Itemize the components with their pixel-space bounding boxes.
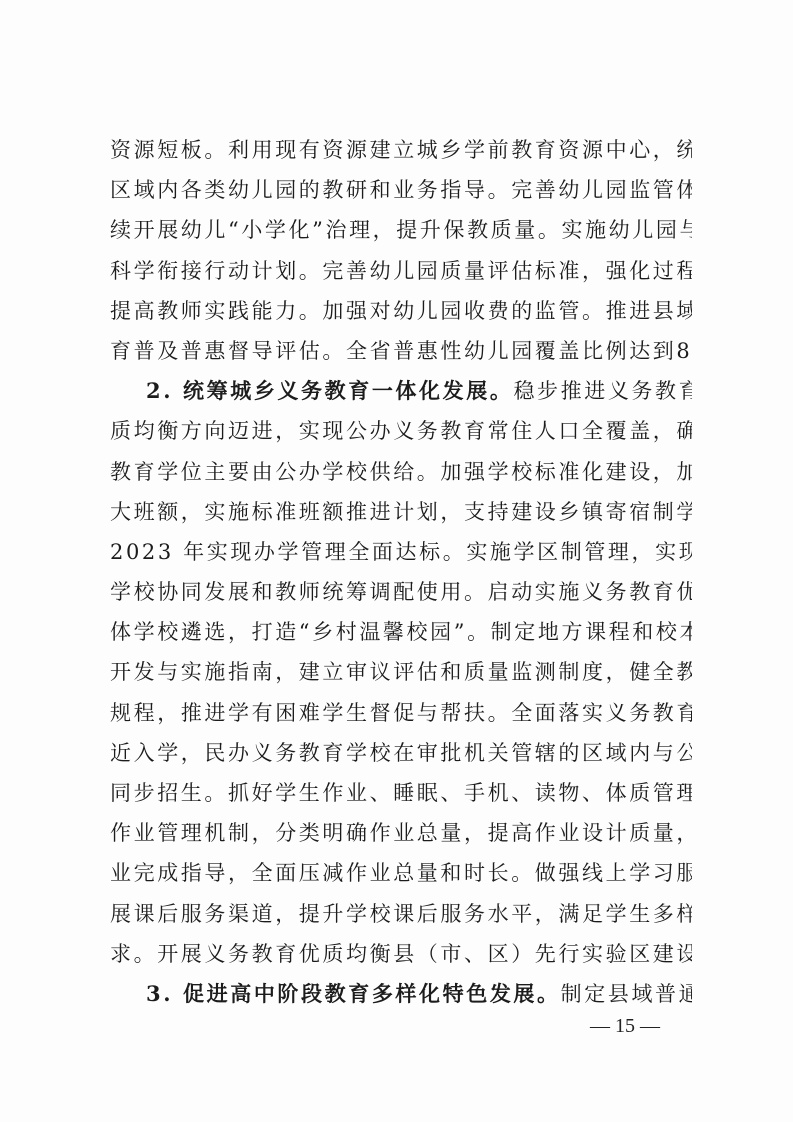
section-3-heading: 3. 促进高中阶段教育多样化特色发展。 [146, 981, 561, 1006]
text-line: 教育学位主要由公办学校供给。加强学校标准化建设，加快消除 [110, 452, 692, 492]
text-line: 资源短板。利用现有资源建立城乡学前教育资源中心，统筹做好 [110, 130, 692, 170]
text-line: 近入学，民办义务教育学校在审批机关管辖的区域内与公办学校 [110, 733, 692, 773]
text-line: 续开展幼儿“小学化”治理，提升保教质量。实施幼儿园与小学 [110, 210, 692, 250]
section-3-first-line: 3. 促进高中阶段教育多样化特色发展。制定县域普通高中 [110, 974, 692, 1014]
text-line: 区域内各类幼儿园的教研和业务指导。完善幼儿园监管体系，持 [110, 170, 692, 210]
text-line: 提高教师实践能力。加强对幼儿园收费的监管。推进县域学前教 [110, 291, 692, 331]
text-line: 开发与实施指南，建立审议评估和质量监测制度，健全教学管理 [110, 652, 692, 692]
document-page: 资源短板。利用现有资源建立城乡学前教育资源中心，统筹做好 区域内各类幼儿园的教研… [0, 0, 793, 1122]
text-line: 展课后服务渠道，提升学校课后服务水平，满足学生多样化需 [110, 894, 692, 934]
section-2-first-line-rest: 稳步推进义务教育向优 [513, 379, 692, 403]
page-number: — 15 — [570, 1015, 680, 1038]
text-line: 科学衔接行动计划。完善幼儿园质量评估标准，强化过程评估， [110, 251, 692, 291]
text-line: 育普及普惠督导评估。全省普惠性幼儿园覆盖比例达到88%。 [110, 331, 692, 371]
text-line: 学校协同发展和教师统筹调配使用。启动实施义务教育优质共同 [110, 572, 692, 612]
text-line: 求。开展义务教育优质均衡县（市、区）先行实验区建设。 [110, 934, 692, 974]
body-text: 资源短板。利用现有资源建立城乡学前教育资源中心，统筹做好 区域内各类幼儿园的教研… [110, 130, 692, 1014]
section-3-first-line-rest: 制定县域普通高中 [561, 982, 692, 1006]
section-2-first-line: 2. 统筹城乡义务教育一体化发展。稳步推进义务教育向优 [110, 371, 692, 411]
text-line: 质均衡方向迈进，实现公办义务教育常住人口全覆盖，确保义务 [110, 411, 692, 451]
text-line: 体学校遴选，打造“乡村温馨校园”。制定地方课程和校本课程 [110, 612, 692, 652]
text-line: 规程，推进学有困难学生督促与帮扶。全面落实义务教育免试就 [110, 693, 692, 733]
text-line: 作业管理机制，分类明确作业总量，提高作业设计质量，加强作 [110, 813, 692, 853]
text-line: 业完成指导，全面压减作业总量和时长。做强线上学习服务，拓 [110, 853, 692, 893]
section-2-heading: 2. 统筹城乡义务教育一体化发展。 [146, 378, 513, 403]
text-line: 2023 年实现办学管理全面达标。实施学区制管理，实现学区内 [110, 532, 692, 572]
text-line: 同步招生。抓好学生作业、睡眠、手机、读物、体质管理，健全 [110, 773, 692, 813]
text-line: 大班额，实施标准班额推进计划，支持建设乡镇寄宿制学校，到 [110, 492, 692, 532]
